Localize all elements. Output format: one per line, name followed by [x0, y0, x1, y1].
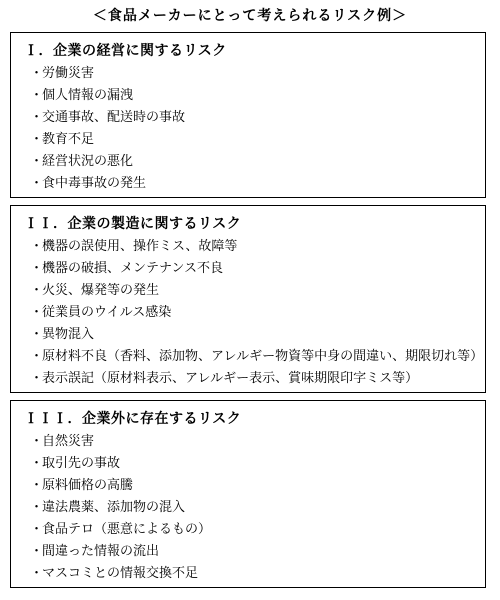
bullet-dot: ・ [30, 474, 42, 496]
risk-section-external: ＩＩＩ．企業外に存在するリスク ・自然災害 ・取引先の事故 ・原料価格の高騰 ・… [10, 400, 486, 588]
list-item: ・経営状況の悪化 [24, 150, 477, 172]
list-item: ・異物混入 [24, 323, 477, 345]
list-item-text: 教育不足 [42, 131, 94, 146]
list-item-text: 火災、爆発等の発生 [42, 282, 159, 297]
bullet-dot: ・ [30, 172, 42, 194]
list-item-text: 取引先の事故 [42, 455, 120, 470]
list-item: ・個人情報の漏洩 [24, 84, 477, 106]
list-item: ・食品テロ（悪意によるもの） [24, 518, 477, 540]
list-item-text: 原料価格の高騰 [42, 477, 133, 492]
bullet-dot: ・ [30, 257, 42, 279]
list-item-text: 交通事故、配送時の事故 [42, 109, 185, 124]
bullet-dot: ・ [30, 367, 42, 389]
list-item: ・機器の破損、メンテナンス不良 [24, 257, 477, 279]
list-item-text: 労働災害 [42, 65, 94, 80]
bullet-dot: ・ [30, 540, 42, 562]
risk-section-management: Ｉ．企業の経営に関するリスク ・労働災害 ・個人情報の漏洩 ・交通事故、配送時の… [10, 32, 486, 198]
bullet-dot: ・ [30, 235, 42, 257]
section-heading: ＩＩ．企業の製造に関するリスク [24, 211, 477, 235]
bullet-dot: ・ [30, 562, 42, 584]
list-item: ・労働災害 [24, 62, 477, 84]
list-item-text: 間違った情報の流出 [42, 543, 159, 558]
bullet-dot: ・ [30, 106, 42, 128]
list-item: ・従業員のウイルス感染 [24, 301, 477, 323]
list-item: ・食中毒事故の発生 [24, 172, 477, 194]
list-item-text: 食中毒事故の発生 [42, 175, 146, 190]
list-item-text: 表示誤記（原材料表示、アレルギー表示、賞味期限印字ミス等） [42, 370, 418, 385]
list-item: ・表示誤記（原材料表示、アレルギー表示、賞味期限印字ミス等） [24, 367, 477, 389]
bullet-dot: ・ [30, 301, 42, 323]
list-item: ・交通事故、配送時の事故 [24, 106, 477, 128]
bullet-dot: ・ [30, 150, 42, 172]
bullet-dot: ・ [30, 128, 42, 150]
bullet-dot: ・ [30, 518, 42, 540]
list-item: ・火災、爆発等の発生 [24, 279, 477, 301]
section-heading: Ｉ．企業の経営に関するリスク [24, 38, 477, 62]
list-item: ・教育不足 [24, 128, 477, 150]
bullet-dot: ・ [30, 452, 42, 474]
list-item: ・原料価格の高騰 [24, 474, 477, 496]
risk-list: ・自然災害 ・取引先の事故 ・原料価格の高騰 ・違法農薬、添加物の混入 ・食品テ… [24, 430, 477, 584]
risk-section-manufacturing: ＩＩ．企業の製造に関するリスク ・機器の誤使用、操作ミス、故障等 ・機器の破損、… [10, 205, 486, 393]
list-item: ・自然災害 [24, 430, 477, 452]
bullet-dot: ・ [30, 279, 42, 301]
list-item-text: 原材料不良（香料、添加物、アレルギー物資等中身の間違い、期限切れ等） [42, 348, 477, 363]
list-item-text: 異物混入 [42, 326, 94, 341]
list-item-text: 機器の破損、メンテナンス不良 [42, 260, 223, 275]
bullet-dot: ・ [30, 430, 42, 452]
list-item-text: 違法農薬、添加物の混入 [42, 499, 185, 514]
list-item: ・違法農薬、添加物の混入 [24, 496, 477, 518]
list-item-text: 機器の誤使用、操作ミス、故障等 [42, 238, 237, 253]
page-title: ＜食品メーカーにとって考えられるリスク例＞ [0, 0, 500, 23]
risk-list: ・労働災害 ・個人情報の漏洩 ・交通事故、配送時の事故 ・教育不足 ・経営状況の… [24, 62, 477, 194]
bullet-dot: ・ [30, 62, 42, 84]
section-heading: ＩＩＩ．企業外に存在するリスク [24, 406, 477, 430]
list-item-text: 個人情報の漏洩 [42, 87, 133, 102]
list-item: ・取引先の事故 [24, 452, 477, 474]
list-item: ・マスコミとの情報交換不足 [24, 562, 477, 584]
bullet-dot: ・ [30, 496, 42, 518]
bullet-dot: ・ [30, 323, 42, 345]
list-item: ・機器の誤使用、操作ミス、故障等 [24, 235, 477, 257]
list-item-text: 自然災害 [42, 433, 94, 448]
list-item-text: マスコミとの情報交換不足 [42, 565, 198, 580]
list-item-text: 従業員のウイルス感染 [42, 304, 171, 319]
list-item: ・間違った情報の流出 [24, 540, 477, 562]
risk-list: ・機器の誤使用、操作ミス、故障等 ・機器の破損、メンテナンス不良 ・火災、爆発等… [24, 235, 477, 389]
list-item-text: 経営状況の悪化 [42, 153, 133, 168]
list-item: ・原材料不良（香料、添加物、アレルギー物資等中身の間違い、期限切れ等） [24, 345, 477, 367]
bullet-dot: ・ [30, 345, 42, 367]
bullet-dot: ・ [30, 84, 42, 106]
list-item-text: 食品テロ（悪意によるもの） [42, 521, 211, 536]
